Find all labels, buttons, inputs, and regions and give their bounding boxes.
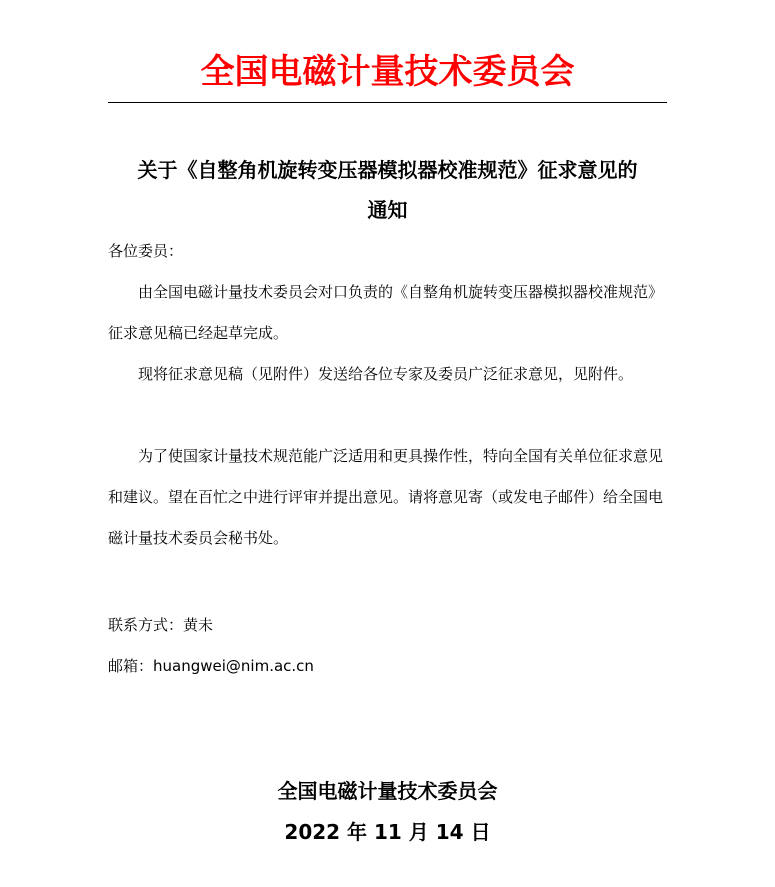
- paragraph-2: 现将征求意见稿（见附件）发送给各位专家及委员广泛征求意见，见附件。: [108, 354, 668, 395]
- contact-person: 联系方式：黄未: [108, 605, 668, 646]
- document-title-line1: 关于《自整角机旋转变压器模拟器校准规范》征求意见的: [108, 150, 667, 190]
- paragraph-1: 由全国电磁计量技术委员会对口负责的《自整角机旋转变压器模拟器校准规范》征求意见稿…: [108, 272, 668, 354]
- signature-organization: 全国电磁计量技术委员会: [0, 771, 775, 811]
- document-page: 全国电磁计量技术委员会 关于《自整角机旋转变压器模拟器校准规范》征求意见的 通知…: [0, 0, 775, 887]
- contact-email: 邮箱：huangwei@nim.ac.cn: [108, 646, 668, 687]
- salutation: 各位委员：: [108, 231, 668, 272]
- signature-date: 2022 年 11 月 14 日: [0, 812, 775, 852]
- paragraph-3: 为了使国家计量技术规范能广泛适用和更具操作性，特向全国有关单位征求意见和建议。望…: [108, 436, 668, 559]
- email-address[interactable]: huangwei@nim.ac.cn: [153, 657, 314, 675]
- email-label: 邮箱：: [108, 657, 153, 675]
- letterhead-organization: 全国电磁计量技术委员会: [0, 48, 775, 96]
- letterhead-divider: [108, 102, 667, 103]
- document-title-line2: 通知: [108, 190, 667, 230]
- document-title: 关于《自整角机旋转变压器模拟器校准规范》征求意见的 通知: [108, 150, 667, 230]
